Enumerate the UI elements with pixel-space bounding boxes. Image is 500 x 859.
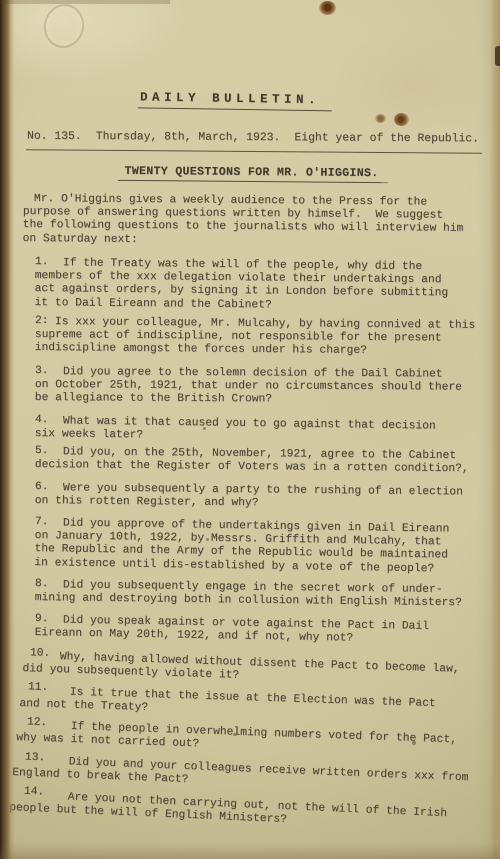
question-text: Are you not then carrying out, not the w… bbox=[9, 789, 478, 836]
question-text: If the Treaty was the will of the people… bbox=[34, 257, 478, 314]
question-number: 12. bbox=[27, 716, 48, 730]
question-item-12: 12. If the people in overwhelming number… bbox=[16, 719, 478, 761]
question-text: Did you subsequently engage in the secre… bbox=[35, 579, 478, 611]
question-number: 7. bbox=[35, 516, 49, 529]
question-text: Did you, on the 25th, November, 1921, ag… bbox=[35, 446, 478, 477]
question-number: 9. bbox=[35, 613, 49, 626]
question-item-10: 10. Why, having allowed without dissent … bbox=[22, 650, 478, 691]
question-item-9: 9. Did you speak against or vote against… bbox=[35, 614, 478, 648]
question-text: What was it that caused you to go agains… bbox=[35, 415, 478, 448]
question-text: If the people in overwhelming numbers vo… bbox=[16, 719, 478, 761]
scanned-document-page: DAILY BULLETIN. No. 135. Thursday, 8th, … bbox=[0, 0, 500, 859]
question-item-6: 6. Were you subsequently a party to the … bbox=[35, 482, 478, 513]
question-number: 6. bbox=[35, 481, 49, 494]
question-number: 2: bbox=[35, 315, 49, 328]
question-text: Is it true that the issue at the Electio… bbox=[19, 685, 478, 726]
question-number: 5. bbox=[35, 445, 49, 458]
intro-text: Mr. O'Higgins gives a weekly audience to… bbox=[23, 193, 478, 250]
question-item-8: 8. Did you subsequently engage in the se… bbox=[35, 579, 478, 611]
question-item-14: 14. Are you not then carrying out, not t… bbox=[9, 789, 478, 836]
intro-paragraph: Mr. O'Higgins gives a weekly audience to… bbox=[23, 193, 478, 250]
question-number: 10. bbox=[30, 647, 51, 661]
horizontal-rule bbox=[26, 149, 482, 154]
question-number: 13. bbox=[25, 751, 46, 765]
question-item-11: 11. Is it true that the issue at the Ele… bbox=[19, 685, 478, 726]
question-item-7: 7. Did you approve of the undertakings g… bbox=[34, 517, 478, 577]
typewritten-content: DAILY BULLETIN. No. 135. Thursday, 8th, … bbox=[0, 0, 500, 825]
question-text: Is xxx your colleague, Mr. Mulcahy, by h… bbox=[35, 316, 478, 359]
article-headline: TWENTY QUESTIONS FOR MR. O'HIGGINS. bbox=[118, 165, 387, 183]
masthead-title: DAILY BULLETIN. bbox=[138, 90, 332, 111]
issue-date: Thursday, 8th, March, 1923. bbox=[96, 131, 281, 144]
question-number: 14. bbox=[24, 786, 45, 800]
question-number: 3. bbox=[35, 365, 49, 378]
bottom-edge-shadow bbox=[0, 842, 500, 859]
question-item-1: 1. If the Treaty was the will of the peo… bbox=[34, 257, 478, 314]
question-number: 4. bbox=[35, 414, 49, 427]
question-text: Did you approve of the undertakings give… bbox=[34, 517, 478, 577]
question-text: Did you agree to the solemn decision of … bbox=[35, 366, 478, 408]
question-number: 8. bbox=[35, 578, 49, 591]
question-text: Why, having allowed without dissent the … bbox=[22, 650, 478, 691]
question-number: 1. bbox=[35, 256, 49, 269]
issue-era: Eight year of the Republic. bbox=[294, 132, 479, 145]
issue-number: No. 135. bbox=[27, 131, 82, 143]
masthead-row: DAILY BULLETIN. bbox=[138, 87, 478, 113]
question-text: Did you speak against or vote against th… bbox=[35, 614, 478, 648]
issue-line: No. 135. Thursday, 8th, March, 1923. Eig… bbox=[27, 131, 479, 146]
question-item-3: 3. Did you agree to the solemn decision … bbox=[35, 366, 478, 408]
question-number: 11. bbox=[28, 681, 49, 695]
question-item-4: 4. What was it that caused you to go aga… bbox=[35, 415, 478, 448]
headline-row: TWENTY QUESTIONS FOR MR. O'HIGGINS. bbox=[27, 160, 479, 184]
question-item-2: 2: Is xxx your colleague, Mr. Mulcahy, b… bbox=[35, 316, 478, 359]
question-text: Were you subsequently a party to the rus… bbox=[35, 482, 478, 513]
question-item-5: 5. Did you, on the 25th, November, 1921,… bbox=[35, 446, 478, 477]
